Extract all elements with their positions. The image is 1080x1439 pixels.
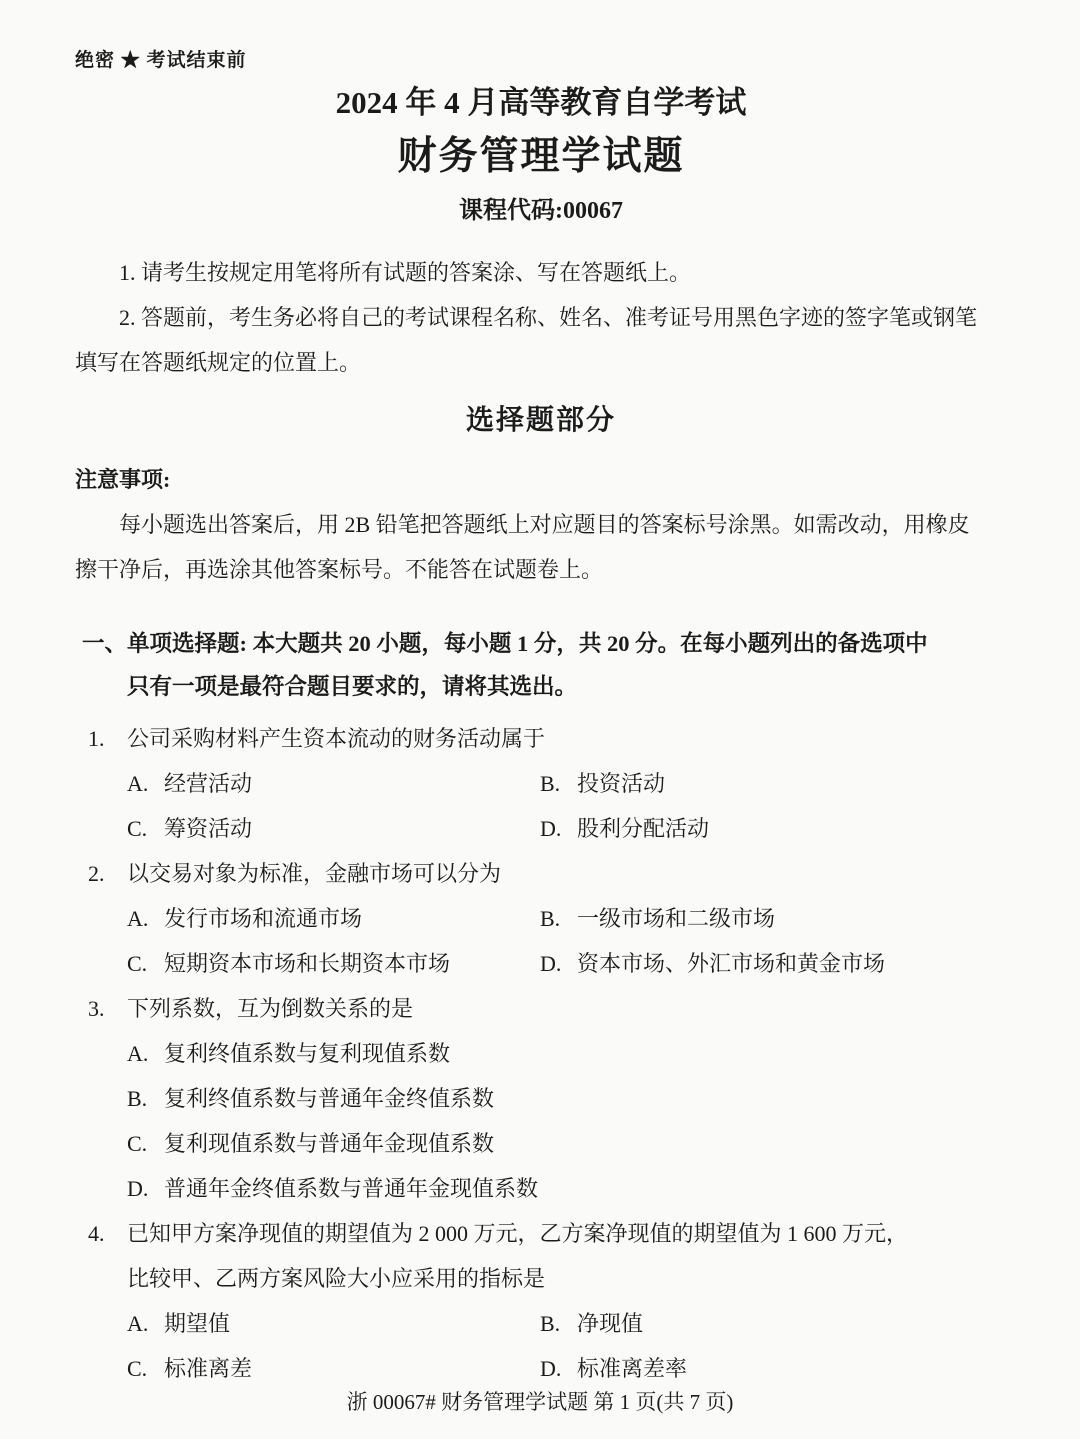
exam-subject-title: 财务管理学试题 [75, 135, 1007, 180]
exam-paper-page: 绝密 ★ 考试结束前 2024 年 4 月高等教育自学考试 财务管理学试题 课程… [0, 0, 1080, 1439]
notice-heading: 注意事项: [75, 457, 1007, 502]
question-3-option-a: A.复利终值系数与复利现值系数 [127, 1031, 1007, 1076]
question-2-text: 以交易对象为标准，金融市场可以分为 [127, 851, 1007, 896]
question-4-stem: 4. 已知甲方案净现值的期望值为 2 000 万元，乙方案净现值的期望值为 1 … [75, 1211, 1007, 1301]
question-2-option-c: C.短期资本市场和长期资本市场 [127, 941, 540, 986]
course-code: 课程代码:00067 [75, 197, 1007, 226]
question-4-option-a: A.期望值 [127, 1301, 540, 1346]
question-4-options: A.期望值 B.净现值 C.标准离差 D.标准离差率 [127, 1301, 1007, 1391]
part1-heading-line-1: 单项选择题: 本大题共 20 小题，每小题 1 分，共 20 分。在每小题列出的… [127, 622, 928, 665]
notice-line-1: 每小题选出答案后，用 2B 铅笔把答题纸上对应题目的答案标号涂黑。如需改动，用橡… [75, 502, 1007, 547]
secrecy-notice: 绝密 ★ 考试结束前 [75, 45, 1007, 72]
question-1-text: 公司采购材料产生资本流动的财务活动属于 [127, 716, 1007, 761]
question-3-stem: 3. 下列系数，互为倒数关系的是 [75, 986, 1007, 1031]
question-4-option-d: D.标准离差率 [540, 1346, 1007, 1391]
question-4: 4. 已知甲方案净现值的期望值为 2 000 万元，乙方案净现值的期望值为 1 … [75, 1211, 1007, 1391]
notice-line-2: 擦干净后，再选涂其他答案标号。不能答在试题卷上。 [75, 547, 1007, 592]
part1-label: 一、 [82, 622, 127, 708]
question-list: 1. 公司采购材料产生资本流动的财务活动属于 A.经营活动 B.投资活动 C.筹… [75, 716, 1007, 1391]
instruction-2-line-2: 填写在答题纸规定的位置上。 [75, 340, 1007, 385]
question-1: 1. 公司采购材料产生资本流动的财务活动属于 A.经营活动 B.投资活动 C.筹… [75, 716, 1007, 851]
question-2-stem: 2. 以交易对象为标准，金融市场可以分为 [75, 851, 1007, 896]
question-1-option-d: D.股利分配活动 [540, 806, 1007, 851]
question-2-option-b: B.一级市场和二级市场 [540, 896, 1007, 941]
question-3-option-c: C.复利现值系数与普通年金现值系数 [127, 1121, 1007, 1166]
page-footer: 浙 00067# 财务管理学试题 第 1 页(共 7 页) [0, 1387, 1080, 1417]
question-4-option-c: C.标准离差 [127, 1346, 540, 1391]
question-3: 3. 下列系数，互为倒数关系的是 A.复利终值系数与复利现值系数 B.复利终值系… [75, 986, 1007, 1211]
question-1-number: 1. [88, 716, 127, 761]
general-instructions: 1. 请考生按规定用笔将所有试题的答案涂、写在答题纸上。 2. 答题前，考生务必… [75, 250, 1007, 385]
question-4-number: 4. [88, 1211, 127, 1301]
question-2-option-d: D.资本市场、外汇市场和黄金市场 [540, 941, 1007, 986]
part1-heading-line-2: 只有一项是最符合题目要求的，请将其选出。 [127, 665, 928, 708]
part1-heading-text: 单项选择题: 本大题共 20 小题，每小题 1 分，共 20 分。在每小题列出的… [127, 622, 928, 708]
question-1-option-b: B.投资活动 [540, 761, 1007, 806]
question-2-number: 2. [88, 851, 127, 896]
question-4-text-line-1: 已知甲方案净现值的期望值为 2 000 万元，乙方案净现值的期望值为 1 600… [127, 1211, 1007, 1256]
part1-heading: 一、 单项选择题: 本大题共 20 小题，每小题 1 分，共 20 分。在每小题… [75, 622, 1007, 708]
question-1-stem: 1. 公司采购材料产生资本流动的财务活动属于 [75, 716, 1007, 761]
question-3-option-b: B.复利终值系数与普通年金终值系数 [127, 1076, 1007, 1121]
question-4-text-line-2: 比较甲、乙两方案风险大小应采用的指标是 [127, 1256, 1007, 1301]
instruction-1: 1. 请考生按规定用笔将所有试题的答案涂、写在答题纸上。 [75, 250, 1007, 295]
question-4-text: 已知甲方案净现值的期望值为 2 000 万元，乙方案净现值的期望值为 1 600… [127, 1211, 1007, 1301]
instruction-2-line-1: 2. 答题前，考生务必将自己的考试课程名称、姓名、准考证号用黑色字迹的签字笔或钢… [75, 295, 1007, 340]
choice-section-title: 选择题部分 [75, 403, 1007, 439]
question-2-option-a: A.发行市场和流通市场 [127, 896, 540, 941]
question-3-options: A.复利终值系数与复利现值系数 B.复利终值系数与普通年金终值系数 C.复利现值… [127, 1031, 1007, 1211]
question-2: 2. 以交易对象为标准，金融市场可以分为 A.发行市场和流通市场 B.一级市场和… [75, 851, 1007, 986]
question-4-option-b: B.净现值 [540, 1301, 1007, 1346]
exam-session-title: 2024 年 4 月高等教育自学考试 [75, 84, 1007, 121]
question-2-options: A.发行市场和流通市场 B.一级市场和二级市场 C.短期资本市场和长期资本市场 … [127, 896, 1007, 986]
question-1-options: A.经营活动 B.投资活动 C.筹资活动 D.股利分配活动 [127, 761, 1007, 851]
question-3-option-d: D.普通年金终值系数与普通年金现值系数 [127, 1166, 1007, 1211]
question-1-option-a: A.经营活动 [127, 761, 540, 806]
question-1-option-c: C.筹资活动 [127, 806, 540, 851]
question-3-number: 3. [88, 986, 127, 1031]
question-3-text: 下列系数，互为倒数关系的是 [127, 986, 1007, 1031]
